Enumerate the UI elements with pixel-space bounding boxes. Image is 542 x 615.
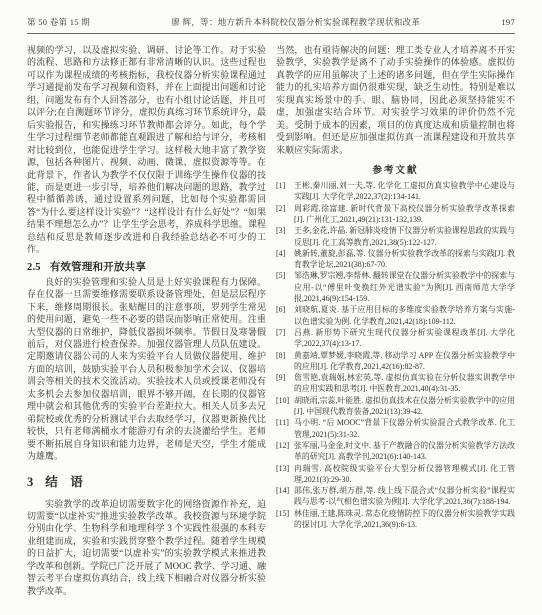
reference-text: 林佳丽,王建,陈珠灵. 常态化疫情防控下的仪器分析实验教学实践的探讨[J]. 大… [294,508,515,531]
reference-text: 王多,金花,许晶. 新冠肺炎疫情下仪器分析实验课程思政的实践与反思[J]. 化工… [294,225,515,248]
reference-item: [13]冉瑞雪. 高校院级实验平台大型分析仪器管理模式[J]. 化工管理,202… [276,463,515,486]
section-number: 2.5 [27,262,41,273]
section-heading-3: 3结 语 [27,472,266,490]
reference-item: [3]王多,金花,许晶. 新冠肺炎疫情下仪器分析实验课程思政的实践与反思[J].… [276,225,515,248]
reference-label: [4] [276,248,294,271]
reference-label: [8] [276,350,294,373]
reference-label: [2] [276,203,294,226]
reference-label: [5] [276,270,294,304]
reference-label: [6] [276,304,294,327]
page-number: 197 [501,17,515,27]
reference-item: [2]周彩霞,徐富建. 新时代背景下高校仪器分析实验教学改革探索[J]. 广州化… [276,203,515,226]
reference-label: [15] [276,508,294,531]
reference-item: [15]林佳丽,王建,陈珠灵. 常态化疫情防控下的仪器分析实验教学实践的探讨[J… [276,508,515,531]
reference-item: [6]刘晓航,夏炎. 基于应用目标的多维度实验教学培养方案与实施-以色谱实验为例… [276,304,515,327]
page-header: 第 50 卷第 15 期 廖 辉，等：地方新升本科院校仪器分析实验课程教学现状和… [27,12,515,34]
reference-item: [8]黄嘉靖,覃梦媛,李晓霞,等. 移动学习 APP 在仪器分析实验教学中的应用… [276,350,515,373]
reference-item: [14]邵伟,张万群,胡万群,等. 线上线下混合式“仪器分析实验”课程实践与思考… [276,485,515,508]
reference-label: [14] [276,485,294,508]
reference-label: [7] [276,327,294,350]
running-title: 廖 辉，等：地方新升本科院校仪器分析实验课程教学现状和改革 [90,16,501,28]
reference-item: [5]邹浩琳,罗宗翘,李帮林. 翻转课堂在仪器分析实验教学中的探索与应用-以“傅… [276,270,515,304]
reference-text: 马小明. “后 MOOC”背景下仪器分析实验混合式教学改革. 化工管理,2021… [294,417,515,440]
reference-item: [4]姚新转,董旋,彭磊,等. 仪器分析实验教学改革的探索与实践[J]. 教育教… [276,248,515,271]
reference-item: [7]吕燕. 新形势下研究生现代仪器分析实验课程改革[J]. 大学化学,2022… [276,327,515,350]
section-number: 3 [27,475,33,489]
reference-text: 刘晓航,夏炎. 基于应用目标的多维度实验教学培养方案与实施-以色谱实验为例. 化… [294,304,515,327]
left-column: 视频的学习，以及虚拟实验、调研、讨论等工作。对于实验的流程、思路和方法修正都有非… [27,44,266,597]
reference-item: [11]马小明. “后 MOOC”背景下仪器分析实验混合式教学改革. 化工管理,… [276,417,515,440]
reference-text: 张军丽,马金金,时文中. 基于产教融合的仪器分析实验教学方法改革的研究[J]. … [294,440,515,463]
paragraph-conclusion: 实验教学的改革迫切需要数字化的网络资源作补充，迫切需要“以虚补实”推进实验教学改… [27,498,266,598]
reference-item: [1]王彬,秦川丽,刘一夫,等. 化学化工虚拟仿真实验教学中心建设与实践[J].… [276,180,515,203]
reference-item: [10]胡晓雨,宗蕊,叶能胜. 虚拟仿真技术在仪器分析实验教学中的应用[J]. … [276,395,515,418]
paragraph-discussion: 当然，也有亟待解决的问题：理工类专业人才培养离不开实验教学，实验教学是离不了动手… [276,44,515,156]
right-column: 当然，也有亟待解决的问题：理工类专业人才培养离不开实验教学，实验教学是离不了动手… [276,44,515,597]
reference-text: 胡晓雨,宗蕊,叶能胜. 虚拟仿真技术在仪器分析实验教学中的应用[J]. 中国现代… [294,395,515,418]
section-title: 结 语 [45,475,83,489]
reference-label: [10] [276,395,294,418]
reference-label: [3] [276,225,294,248]
reference-text: 周彩霞,徐富建. 新时代背景下高校仪器分析实验教学改革探索[J]. 广州化工,2… [294,203,515,226]
reference-text: 邹浩琳,罗宗翘,李帮林. 翻转课堂在仪器分析实验教学中的探索与应用-以“傅里叶变… [294,270,515,304]
journal-page: 第 50 卷第 15 期 廖 辉，等：地方新升本科院校仪器分析实验课程教学现状和… [0,0,542,615]
reference-text: 吕燕. 新形势下研究生现代仪器分析实验课程改革[J]. 大学化学,2022,37… [294,327,515,350]
volume-issue: 第 50 卷第 15 期 [27,16,90,28]
reference-label: [9] [276,372,294,395]
reference-text: 黄嘉靖,覃梦媛,李晓霞,等. 移动学习 APP 在仪器分析实验教学中的应用[J]… [294,350,515,373]
reference-label: [12] [276,440,294,463]
reference-label: [11] [276,417,294,440]
reference-label: [13] [276,463,294,486]
references-heading: 参考文献 [276,162,515,176]
reference-text: 邵伟,张万群,胡万群,等. 线上线下混合式“仪器分析实验”课程实践与思考-以气相… [294,485,515,508]
reference-text: 姚新转,董旋,彭磊,等. 仪器分析实验教学改革的探索与实践[J]. 教育教学论坛… [294,248,515,271]
references-list: [1]王彬,秦川丽,刘一夫,等. 化学化工虚拟仿真实验教学中心建设与实践[J].… [276,180,515,530]
two-column-body: 视频的学习，以及虚拟实验、调研、讨论等工作。对于实验的流程、思路和方法修正都有非… [27,44,515,597]
reference-text: 王彬,秦川丽,刘一夫,等. 化学化工虚拟仿真实验教学中心建设与实践[J]. 大学… [294,180,515,203]
reference-text: 冉瑞雪. 高校院级实验平台大型分析仪器管理模式[J]. 化工管理,2021(3)… [294,463,515,486]
reference-item: [9]詹雪艳,袁瑞娟,林宏英,等. 虚拟仿真实验在分析仪器实训教学中的应用实践和… [276,372,515,395]
section-heading-2-5: 2.5有效管理和开放共享 [27,259,266,274]
paragraph-continuation: 视频的学习，以及虚拟实验、调研、讨论等工作。对于实验的流程、思路和方法修正都有非… [27,44,266,256]
paragraph-management: 良好的实验管理和实验人员是上好实验课程有力保障。存在仪器一旦需要维修需要联系设备… [27,276,266,463]
reference-text: 詹雪艳,袁瑞娟,林宏英,等. 虚拟仿真实验在分析仪器实训教学中的应用实践和思考[… [294,372,515,395]
reference-item: [12]张军丽,马金金,时文中. 基于产教融合的仪器分析实验教学方法改革的研究[… [276,440,515,463]
section-title: 有效管理和开放共享 [50,262,146,273]
reference-label: [1] [276,180,294,203]
